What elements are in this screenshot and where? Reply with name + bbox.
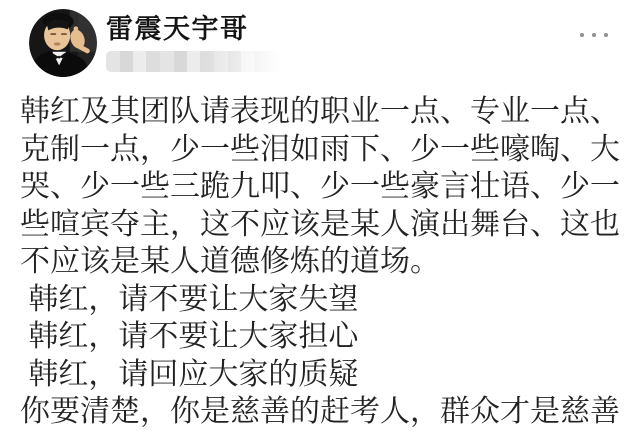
avatar-image-icon: [29, 9, 97, 77]
text-line: 韩红，请不要让大家失望: [20, 281, 630, 319]
text-line: 哭、少一些三跪九叩、少一些豪言壮语、少一: [20, 168, 630, 206]
text-line: 韩红，请不要让大家担心: [20, 318, 630, 356]
post-text: 韩红及其团队请表现的职业一点、专业一点、 克制一点，少一些泪如雨下、少一些嚎啕、…: [20, 93, 630, 431]
text-line: 不应该是某人道德修炼的道场。: [20, 243, 630, 281]
post-card: 雷震天宇哥 韩红及其团队请表现的职业一点、专业一点、 克制一点，少一些泪如雨下、…: [0, 0, 640, 432]
text-line: 克制一点，少一些泪如雨下、少一些嚎啕、大: [20, 131, 630, 169]
text-line: 些喧宾夺主，这不应该是某人演出舞台、这也: [20, 206, 630, 244]
text-line: 你要清楚，你是慈善的赶考人，群众才是慈善: [20, 393, 630, 431]
more-options-button[interactable]: [578, 26, 610, 44]
censored-subtitle: [106, 51, 286, 72]
username[interactable]: 雷震天宇哥: [106, 13, 286, 45]
user-avatar[interactable]: [29, 9, 97, 77]
text-line: 韩红及其团队请表现的职业一点、专业一点、: [20, 93, 630, 131]
ellipsis-icon: [604, 33, 608, 37]
text-line: 韩红，请回应大家的质疑: [20, 356, 630, 394]
post-header: 雷震天宇哥: [0, 0, 640, 86]
user-info: 雷震天宇哥: [106, 13, 286, 72]
ellipsis-icon: [580, 33, 584, 37]
ellipsis-icon: [592, 33, 596, 37]
